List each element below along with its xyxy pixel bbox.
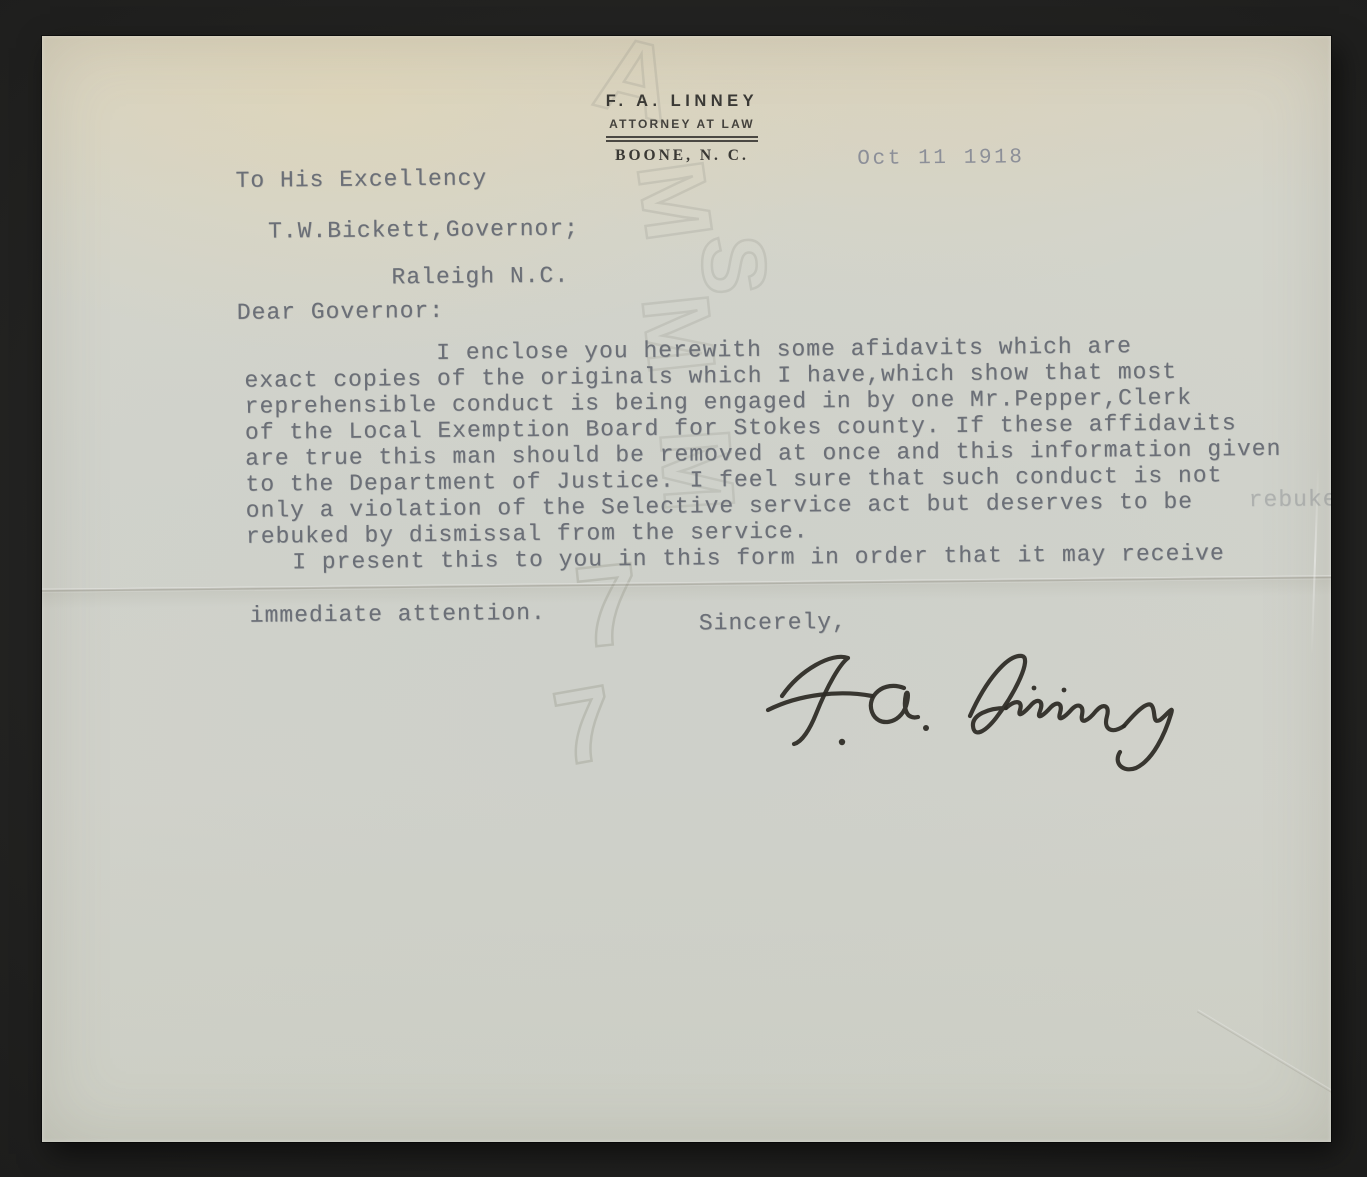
signature-stroke: [1118, 704, 1172, 769]
recipient-line: Raleigh N.C.: [391, 263, 569, 291]
typewritten-layer: Oct 11 1918 To His Excellency T.W.Bicket…: [42, 36, 1331, 1142]
body-line: immediate attention.: [250, 600, 546, 629]
valediction: Sincerely,: [699, 609, 847, 636]
signature-stroke: [871, 686, 918, 722]
salutation: Dear Governor:: [237, 298, 444, 326]
signature-stroke: [839, 739, 845, 745]
signature-stroke: [970, 656, 1025, 733]
recipient-line: To His Excellency: [235, 165, 487, 193]
signature-stroke: [1006, 701, 1124, 730]
letter-body: I enclose you herewith some afidavits wh…: [244, 332, 1282, 576]
faint-overstrike-text: rebuked: [1249, 486, 1331, 513]
signature-stroke: [1032, 686, 1037, 691]
signature-stroke: [1062, 688, 1067, 693]
signature-autograph: [748, 644, 1208, 794]
signature-stroke: [923, 725, 929, 731]
letter-page: A M S M M 7 7 F. A. LINNEY ATTORNEY AT L…: [42, 36, 1331, 1142]
date-stamp: Oct 11 1918: [857, 145, 1024, 173]
recipient-line: T.W.Bickett,Governor;: [268, 216, 579, 245]
photo-backdrop: A M S M M 7 7 F. A. LINNEY ATTORNEY AT L…: [0, 0, 1367, 1177]
